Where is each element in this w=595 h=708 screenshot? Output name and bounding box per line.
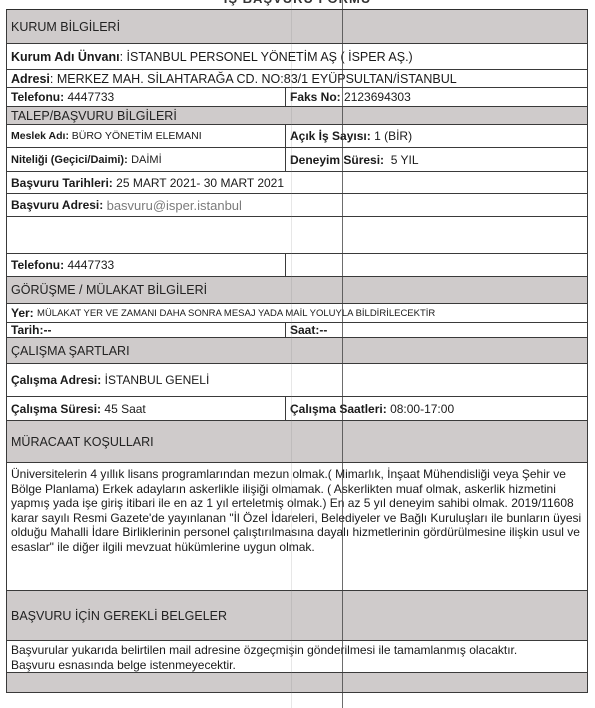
section-header-calisma: ÇALIŞMA ŞARTLARI xyxy=(6,338,588,364)
row-kurum-unvan: Kurum Adı Ünvanı: İSTANBUL PERSONEL YÖNE… xyxy=(6,44,588,70)
section-header-belgeler: BAŞVURU İÇİN GEREKLİ BELGELER xyxy=(6,591,588,641)
row-kurum-telefon: Telefonu: 4447733 Faks No: 2123694303 xyxy=(6,88,588,107)
field-value: MÜLAKAT YER VE ZAMANI DAHA SONRA MESAJ Y… xyxy=(37,308,435,319)
row-nitelik: Niteliği (Geçici/Daimi): DAİMİ Deneyim S… xyxy=(6,148,588,172)
row-meslek: Meslek Adı: BÜRO YÖNETİM ELEMANI Açık İş… xyxy=(6,125,588,148)
field-label: Çalışma Adresi: xyxy=(11,373,101,387)
field-value: MERKEZ MAH. SİLAHTARAĞA CD. NO:83/1 EYÜP… xyxy=(57,72,457,86)
section-header-kurum: KURUM BİLGİLERİ xyxy=(6,9,588,44)
section-header-talep: TALEP/BAŞVURU BİLGİLERİ xyxy=(6,107,588,125)
documents-line-1: Başvurular yukarıda belirtilen mail adre… xyxy=(11,643,583,658)
field-label: Kurum Adı Ünvanı xyxy=(11,50,120,64)
field-value: DAİMİ xyxy=(131,154,162,166)
field-label: Telefonu: xyxy=(11,90,64,104)
row-basvuru-adresi: Başvuru Adresi: basvuru@isper.istanbul xyxy=(6,194,588,217)
conditions-paragraph: Üniversitelerin 4 yıllık lisans programl… xyxy=(7,463,587,590)
row-empty xyxy=(6,217,588,254)
field-label: Saat:-- xyxy=(290,323,327,337)
row-talep-telefon: Telefonu: 4447733 xyxy=(6,254,588,277)
field-value: 4447733 xyxy=(67,258,114,272)
field-value: 25 MART 2021- 30 MART 2021 xyxy=(116,176,284,190)
section-title: GÖRÜŞME / MÜLAKAT BİLGİLERİ xyxy=(7,277,587,303)
document-title-cut: İŞ BAŞVURU FORMU xyxy=(0,0,595,6)
field-value: 45 Saat xyxy=(104,402,145,416)
section-title: BAŞVURU İÇİN GEREKLİ BELGELER xyxy=(7,591,587,640)
row-tarih-saat: Tarih:-- Saat:-- xyxy=(6,323,588,338)
field-label: Niteliği (Geçici/Daimi): xyxy=(11,154,128,166)
field-label: Açık İş Sayısı: xyxy=(290,129,371,143)
field-label: Başvuru Tarihleri: xyxy=(11,176,113,190)
field-value: 4447733 xyxy=(67,90,114,104)
email-link[interactable]: basvuru@isper.istanbul xyxy=(107,198,242,213)
section-title: MÜRACAAT KOŞULLARI xyxy=(7,421,587,462)
field-label: Telefonu: xyxy=(11,258,64,272)
field-label: Çalışma Saatleri: xyxy=(290,402,387,416)
field-label: Tarih:-- xyxy=(11,323,51,337)
field-value: 1 (BİR) xyxy=(374,129,412,143)
field-label: Başvuru Adresi: xyxy=(11,198,103,212)
row-yer: Yer: MÜLAKAT YER VE ZAMANI DAHA SONRA ME… xyxy=(6,304,588,323)
field-label: Faks No: xyxy=(290,90,341,104)
field-value: İSTANBUL PERSONEL YÖNETİM AŞ ( İSPER AŞ.… xyxy=(127,50,413,64)
row-kurum-adres: Adresi: MERKEZ MAH. SİLAHTARAĞA CD. NO:8… xyxy=(6,70,588,88)
row-calisma-adres: Çalışma Adresi: İSTANBUL GENELİ xyxy=(6,364,588,397)
field-value: 08:00-17:00 xyxy=(390,402,454,416)
field-label: Yer: xyxy=(11,306,34,320)
row-belgeler-text: Başvurular yukarıda belirtilen mail adre… xyxy=(6,641,588,673)
section-title: TALEP/BAŞVURU BİLGİLERİ xyxy=(7,107,587,124)
application-form-table: KURUM BİLGİLERİ Kurum Adı Ünvanı: İSTANB… xyxy=(6,9,588,693)
field-value: İSTANBUL GENELİ xyxy=(105,373,210,387)
row-calisma-sure: Çalışma Süresi: 45 Saat Çalışma Saatleri… xyxy=(6,397,588,421)
field-label: Deneyim Süresi: xyxy=(290,153,384,167)
field-label: Adresi xyxy=(11,72,50,86)
section-title: ÇALIŞMA ŞARTLARI xyxy=(7,338,587,363)
documents-line-2: Başvuru esnasında belge istenmeyecektir. xyxy=(11,658,583,673)
field-value: 2123694303 xyxy=(344,90,411,104)
field-value: BÜRO YÖNETİM ELEMANI xyxy=(72,130,202,142)
field-label: Meslek Adı: xyxy=(11,130,69,142)
field-label: Çalışma Süresi: xyxy=(11,402,101,416)
field-value: 5 YIL xyxy=(391,153,419,167)
section-header-next xyxy=(6,673,588,693)
section-header-muracaat: MÜRACAAT KOŞULLARI xyxy=(6,421,588,463)
row-muracaat-text: Üniversitelerin 4 yıllık lisans programl… xyxy=(6,463,588,591)
row-basvuru-tarihleri: Başvuru Tarihleri: 25 MART 2021- 30 MART… xyxy=(6,172,588,194)
section-title: KURUM BİLGİLERİ xyxy=(7,10,587,43)
section-header-gorusme: GÖRÜŞME / MÜLAKAT BİLGİLERİ xyxy=(6,277,588,304)
